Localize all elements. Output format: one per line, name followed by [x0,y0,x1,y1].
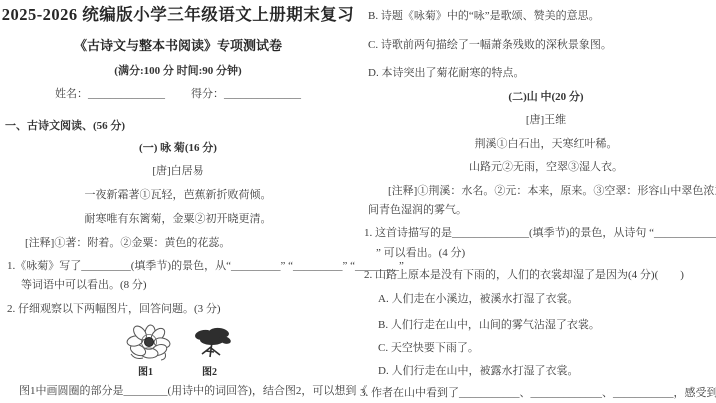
right-q2-optionC: C. 天空快要下雨了。 [378,341,479,355]
right-optionB: B. 诗题《咏菊》中的“咏”是歌颂、赞美的意思。 [368,9,600,23]
right-question1-line1: 1. 这首诗描写的是______________(填季节)的景色，从诗句 “__… [364,226,716,240]
left-question1-line2: 等词语中可以看出。(8 分) [21,278,147,292]
name-score-line: 姓名：______________得分：______________ [0,87,356,101]
left-question2: 2. 仔细观察以下两幅图片，回答问题。(3 分) [7,302,221,316]
figure2-label: 图2 [202,363,217,378]
right-q2-optionA: A. 人们走在小溪边，被溪水打湿了衣裳。 [378,292,578,306]
poem1-verse1: 一夜新霜著①瓦轻，芭蕉新折败荷倾。 [0,188,356,202]
poem2-author: [唐]王维 [362,113,716,127]
score-field-label: 得分： [191,88,224,100]
poem2-title: (二)山 中(20 分) [362,90,716,104]
chrysanthemum-sketch-icon [125,322,175,362]
right-question3: 3. 作者在山中看到了___________、_____________、___… [360,386,716,400]
doc-title: 2025-2026 统编版小学三年级语文上册期末复习 [0,8,356,22]
right-q2-optionB: B. 人们行走在山中，山间的雾气沾湿了衣裳。 [378,318,600,332]
figure2-image [192,327,234,361]
left-question2-tail: 图1中画圆圈的部分是________(用诗中的词回答)，结合图2，可以想到《 [19,384,367,398]
poem2-verse2: 山路元②无雨，空翠③湿人衣。 [362,160,716,174]
figure1-image [125,322,175,362]
poem1-note: [注释]①著：附着。②金粟：黄色的花蕊。 [25,236,230,250]
right-q2-optionD: D. 人们行走在山中，被露水打湿了衣裳。 [378,364,578,378]
name-field-label: 姓名： [55,88,88,100]
poem2-note-line2: 间青色湿润的雾气。 [368,203,467,217]
score-field-blank: ______________ [224,88,301,100]
dark-flower-cluster-icon [192,327,234,361]
exam-paper-page: 2025-2026 统编版小学三年级语文上册期末复习 《古诗文与整本书阅读》专项… [0,0,716,403]
right-question1-line2: ” 可以看出。(4 分) [376,246,465,260]
right-optionC: C. 诗歌前两句描绘了一幅萧条残败的深秋景象图。 [368,38,612,52]
doc-subtitle: 《古诗文与整本书阅读》专项测试卷 [0,39,356,53]
section-one-heading: 一、古诗文阅读、(56 分) [5,119,125,133]
poem1-title: (一) 咏 菊(16 分) [0,141,356,155]
name-field-blank: ______________ [88,88,165,100]
right-optionD: D. 本诗突出了菊花耐寒的特点。 [368,66,524,80]
left-question1-line1: 1.《咏菊》写了_________(填季节)的景色，从“_________” “… [7,259,404,273]
right-question2: 2. 山路上原本是没有下雨的，人们的衣裳却湿了是因为(4 分)( ) [364,268,684,282]
poem1-verse2: 耐寒唯有东篱菊，金粟②初开晓更清。 [0,212,356,226]
poem1-author: [唐]白居易 [0,164,356,178]
poem2-verse1: 荆溪①白石出，天寒红叶稀。 [362,137,716,151]
poem2-note-line1: [注释]①荆溪：水名。②元：本来，原来。③空翠：形容山中翠色浓重，指 [388,184,716,198]
figure1-label: 图1 [138,363,153,378]
score-time-line: (满分:100 分 时间:90 分钟) [0,64,356,78]
